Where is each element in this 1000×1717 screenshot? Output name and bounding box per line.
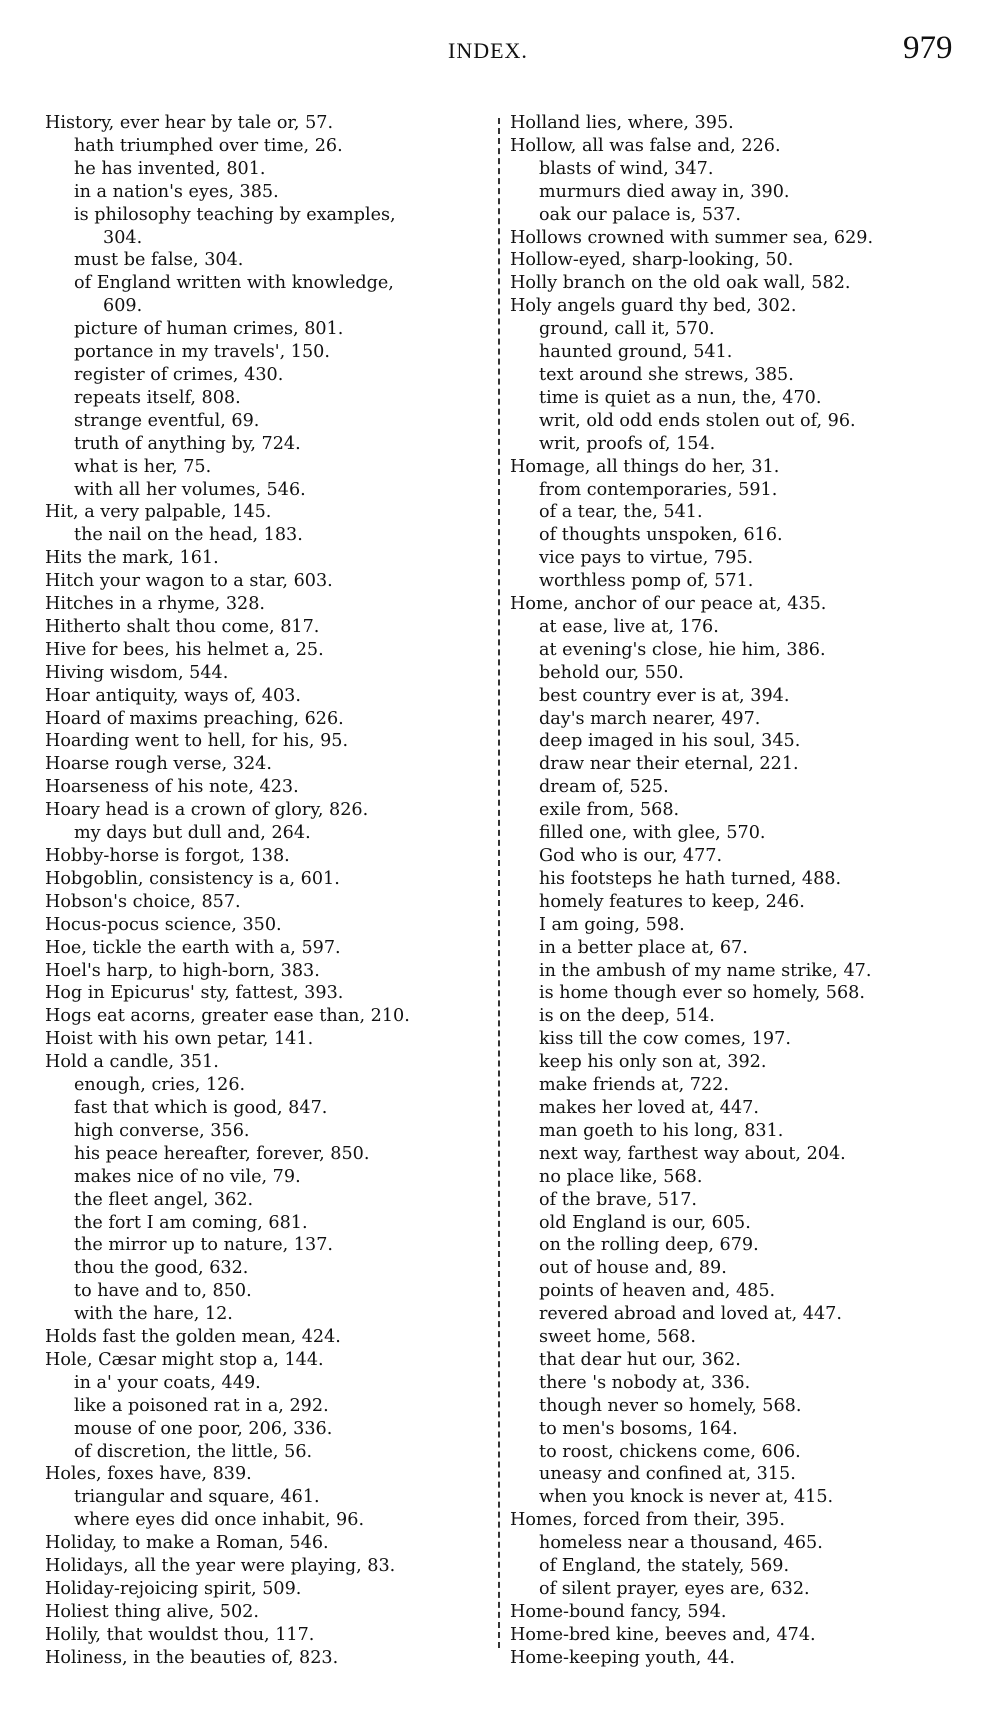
entry-text: he has invented, 801. (74, 159, 266, 179)
index-subentry: filled one, with glee, 570. (510, 822, 980, 845)
page-number: 979 (903, 30, 953, 67)
entry-text: to men's bosoms, 164. (539, 1419, 738, 1439)
entry-text: to roost, chickens come, 606. (539, 1442, 801, 1462)
entry-text: Hitch your wagon to a star, 603. (45, 571, 333, 591)
index-subentry: writ, proofs of, 154. (510, 433, 980, 456)
entry-continuation: 609. (74, 295, 493, 318)
entry-text: Hoarseness of his note, 423. (45, 777, 299, 797)
index-entry: Hoard of maxims preaching, 626. (45, 708, 493, 731)
index-subentry: time is quiet as a nun, the, 470. (510, 387, 980, 410)
index-subentry: when you knock is never at, 415. (510, 1486, 980, 1509)
entry-text: murmurs died away in, 390. (539, 182, 790, 202)
index-subentry: repeats itself, 808. (45, 387, 493, 410)
index-subentry: uneasy and confined at, 315. (510, 1463, 980, 1486)
index-subentry: his peace hereafter, forever, 850. (45, 1143, 493, 1166)
index-column-left: History, ever hear by tale or, 57.hath t… (45, 112, 493, 1670)
index-subentry: deep imaged in his soul, 345. (510, 730, 980, 753)
entry-text: ground, call it, 570. (539, 319, 715, 339)
index-subentry: of England, the stately, 569. (510, 1555, 980, 1578)
entry-text: Holy angels guard thy bed, 302. (510, 296, 796, 316)
entry-text: Hoarse rough verse, 324. (45, 754, 272, 774)
index-entry: Hoarseness of his note, 423. (45, 776, 493, 799)
entry-text: portance in my travels', 150. (74, 342, 330, 362)
index-subentry: in a nation's eyes, 385. (45, 181, 493, 204)
index-entry: Hits the mark, 161. (45, 547, 493, 570)
index-entry: Holland lies, where, 395. (510, 112, 980, 135)
index-entry: Hoar antiquity, ways of, 403. (45, 685, 493, 708)
entry-text: high converse, 356. (74, 1121, 249, 1141)
entry-text: at evening's close, hie him, 386. (539, 640, 826, 660)
entry-text: make friends at, 722. (539, 1075, 729, 1095)
index-subentry: the fort I am coming, 681. (45, 1212, 493, 1235)
entry-text: Hollow, all was false and, 226. (510, 136, 781, 156)
index-entry: Holiest thing alive, 502. (45, 1601, 493, 1624)
entry-text: points of heaven and, 485. (539, 1281, 775, 1301)
entry-text: Homes, forced from their, 395. (510, 1510, 785, 1530)
index-entry: Hoary head is a crown of glory, 826. (45, 799, 493, 822)
entry-text: Hogs eat acorns, greater ease than, 210. (45, 1006, 410, 1026)
index-subentry: from contemporaries, 591. (510, 479, 980, 502)
entry-text: Hoe, tickle the earth with a, 597. (45, 938, 341, 958)
index-subentry: revered abroad and loved at, 447. (510, 1303, 980, 1326)
entry-text: Hollow-eyed, sharp-looking, 50. (510, 250, 793, 270)
entry-text: sweet home, 568. (539, 1327, 696, 1347)
index-entry: Hit, a very palpable, 145. (45, 501, 493, 524)
entry-text: in a better place at, 67. (539, 938, 748, 958)
entry-text: the nail on the head, 183. (74, 525, 303, 545)
index-entry: Hive for bees, his helmet a, 25. (45, 639, 493, 662)
index-subentry: the mirror up to nature, 137. (45, 1234, 493, 1257)
entry-text: there 's nobody at, 336. (539, 1373, 750, 1393)
index-subentry: of discretion, the little, 56. (45, 1441, 493, 1464)
entry-text: day's march nearer, 497. (539, 709, 760, 729)
index-subentry: like a poisoned rat in a, 292. (45, 1395, 493, 1418)
entry-text: time is quiet as a nun, the, 470. (539, 388, 821, 408)
entry-text: fast that which is good, 847. (74, 1098, 327, 1118)
entry-text: uneasy and confined at, 315. (539, 1464, 796, 1484)
index-subentry: points of heaven and, 485. (510, 1280, 980, 1303)
entry-text: repeats itself, 808. (74, 388, 241, 408)
index-entry: Holiday-rejoicing spirit, 509. (45, 1578, 493, 1601)
entry-text: Home-bred kine, beeves and, 474. (510, 1625, 816, 1645)
entry-text: from contemporaries, 591. (539, 480, 777, 500)
entry-text: strange eventful, 69. (74, 411, 259, 431)
entry-text: no place like, 568. (539, 1167, 702, 1187)
index-subentry: the nail on the head, 183. (45, 524, 493, 547)
entry-text: Hog in Epicurus' sty, fattest, 393. (45, 983, 343, 1003)
entry-text: must be false, 304. (74, 250, 243, 270)
index-entry: Home-bred kine, beeves and, 474. (510, 1624, 980, 1647)
index-subentry: makes nice of no vile, 79. (45, 1166, 493, 1189)
index-subentry: strange eventful, 69. (45, 410, 493, 433)
index-entry: Hobson's choice, 857. (45, 891, 493, 914)
index-entry: Hogs eat acorns, greater ease than, 210. (45, 1005, 493, 1028)
index-subentry: old England is our, 605. (510, 1212, 980, 1235)
index-subentry: behold our, 550. (510, 662, 980, 685)
index-subentry: ground, call it, 570. (510, 318, 980, 341)
index-entry: Hocus-pocus science, 350. (45, 914, 493, 937)
index-entry: Holiness, in the beauties of, 823. (45, 1647, 493, 1670)
entry-text: Hoist with his own petar, 141. (45, 1029, 313, 1049)
entry-text: Holidays, all the year were playing, 83. (45, 1556, 395, 1576)
index-subentry: homeless near a thousand, 465. (510, 1532, 980, 1555)
index-entry: Hog in Epicurus' sty, fattest, 393. (45, 982, 493, 1005)
entry-text: haunted ground, 541. (539, 342, 732, 362)
entry-text: in the ambush of my name strike, 47. (539, 961, 871, 981)
entry-text: register of crimes, 430. (74, 365, 283, 385)
index-entry: Hole, Cæsar might stop a, 144. (45, 1349, 493, 1372)
index-subentry: of thoughts unspoken, 616. (510, 524, 980, 547)
index-subentry: keep his only son at, 392. (510, 1051, 980, 1074)
entry-text: keep his only son at, 392. (539, 1052, 766, 1072)
entry-text: out of house and, 89. (539, 1258, 727, 1278)
index-subentry: best country ever is at, 394. (510, 685, 980, 708)
index-entry: Hobgoblin, consistency is a, 601. (45, 868, 493, 891)
index-subentry: writ, old odd ends stolen out of, 96. (510, 410, 980, 433)
entry-text: in a' your coats, 449. (74, 1373, 261, 1393)
entry-text: Hits the mark, 161. (45, 548, 219, 568)
entry-text: to have and to, 850. (74, 1281, 252, 1301)
index-entry: Holes, foxes have, 839. (45, 1463, 493, 1486)
entry-text: revered abroad and loved at, 447. (539, 1304, 842, 1324)
entry-text: Holes, foxes have, 839. (45, 1464, 252, 1484)
index-subentry: God who is our, 477. (510, 845, 980, 868)
index-subentry: murmurs died away in, 390. (510, 181, 980, 204)
entry-text: Hobson's choice, 857. (45, 892, 241, 912)
entry-text: Hoarding went to hell, for his, 95. (45, 731, 348, 751)
index-entry: Home-keeping youth, 44. (510, 1647, 980, 1670)
index-subentry: at evening's close, hie him, 386. (510, 639, 980, 662)
entry-text: mouse of one poor, 206, 336. (74, 1419, 332, 1439)
index-subentry: sweet home, 568. (510, 1326, 980, 1349)
index-subentry: enough, cries, 126. (45, 1074, 493, 1097)
index-subentry: high converse, 356. (45, 1120, 493, 1143)
entry-text: man goeth to his long, 831. (539, 1121, 783, 1141)
entry-text: of the brave, 517. (539, 1190, 697, 1210)
index-subentry: is home though ever so homely, 568. (510, 982, 980, 1005)
entry-text: though never so homely, 568. (539, 1396, 801, 1416)
entry-text: at ease, live at, 176. (539, 617, 719, 637)
entry-text: is home though ever so homely, 568. (539, 983, 865, 1003)
entry-text: exile from, 568. (539, 800, 679, 820)
entry-text: Holland lies, where, 395. (510, 113, 734, 133)
index-subentry: worthless pomp of, 571. (510, 570, 980, 593)
index-subentry: in a' your coats, 449. (45, 1372, 493, 1395)
index-entry: Home-bound fancy, 594. (510, 1601, 980, 1624)
index-subentry: haunted ground, 541. (510, 341, 980, 364)
index-subentry: of silent prayer, eyes are, 632. (510, 1578, 980, 1601)
entry-text: the mirror up to nature, 137. (74, 1235, 333, 1255)
entry-text: with the hare, 12. (74, 1304, 233, 1324)
entry-text: Home-keeping youth, 44. (510, 1648, 735, 1668)
index-subentry: hath triumphed over time, 26. (45, 135, 493, 158)
index-entry: History, ever hear by tale or, 57. (45, 112, 493, 135)
entry-text: my days but dull and, 264. (74, 823, 311, 843)
index-subentry: the fleet angel, 362. (45, 1189, 493, 1212)
entry-text: Hoard of maxims preaching, 626. (45, 709, 344, 729)
index-entry: Homage, all things do her, 31. (510, 456, 980, 479)
entry-text: Hitherto shalt thou come, 817. (45, 617, 319, 637)
entry-text: God who is our, 477. (539, 846, 722, 866)
entry-text: worthless pomp of, 571. (539, 571, 753, 591)
index-subentry: at ease, live at, 176. (510, 616, 980, 639)
index-subentry: thou the good, 632. (45, 1257, 493, 1280)
index-entry: Hoe, tickle the earth with a, 597. (45, 937, 493, 960)
entry-text: homely features to keep, 246. (539, 892, 805, 912)
entry-text: writ, proofs of, 154. (539, 434, 715, 454)
index-entry: Holily, that wouldst thou, 117. (45, 1624, 493, 1647)
entry-text: Hollows crowned with summer sea, 629. (510, 228, 873, 248)
entry-text: blasts of wind, 347. (539, 159, 713, 179)
entry-text: Hole, Cæsar might stop a, 144. (45, 1350, 324, 1370)
entry-text: vice pays to virtue, 795. (539, 548, 753, 568)
entry-text: writ, old odd ends stolen out of, 96. (539, 411, 856, 431)
entry-text: of England written with knowledge, (74, 273, 394, 293)
entry-text: Holly branch on the old oak wall, 582. (510, 273, 850, 293)
entry-text: picture of human crimes, 801. (74, 319, 343, 339)
entry-text: Hocus-pocus science, 350. (45, 915, 282, 935)
entry-text: makes nice of no vile, 79. (74, 1167, 301, 1187)
index-entry: Hollow-eyed, sharp-looking, 50. (510, 249, 980, 272)
index-entry: Hoel's harp, to high-born, 383. (45, 960, 493, 983)
entry-text: truth of anything by, 724. (74, 434, 301, 454)
entry-text: on the rolling deep, 679. (539, 1235, 759, 1255)
index-subentry: what is her, 75. (45, 456, 493, 479)
index-subentry: out of house and, 89. (510, 1257, 980, 1280)
entry-text: Hitches in a rhyme, 328. (45, 594, 265, 614)
entry-text: Hoar antiquity, ways of, 403. (45, 686, 301, 706)
index-subentry: register of crimes, 430. (45, 364, 493, 387)
index-entry: Holy angels guard thy bed, 302. (510, 295, 980, 318)
index-subentry: in the ambush of my name strike, 47. (510, 960, 980, 983)
entry-text: that dear hut our, 362. (539, 1350, 741, 1370)
entry-text: Home, anchor of our peace at, 435. (510, 594, 826, 614)
page-header: INDEX. 979 (0, 30, 1000, 70)
index-entry: Holds fast the golden mean, 424. (45, 1326, 493, 1349)
entry-text: dream of, 525. (539, 777, 669, 797)
index-subentry: blasts of wind, 347. (510, 158, 980, 181)
entry-text: Hiving wisdom, 544. (45, 663, 228, 683)
index-subentry: dream of, 525. (510, 776, 980, 799)
index-entry: Holidays, all the year were playing, 83. (45, 1555, 493, 1578)
entry-text: is philosophy teaching by examples, (74, 205, 396, 225)
entry-text: the fort I am coming, 681. (74, 1213, 308, 1233)
entry-text: enough, cries, 126. (74, 1075, 245, 1095)
entry-text: like a poisoned rat in a, 292. (74, 1396, 329, 1416)
index-entry: Hollows crowned with summer sea, 629. (510, 227, 980, 250)
index-entry: Hoarding went to hell, for his, 95. (45, 730, 493, 753)
entry-text: with all her volumes, 546. (74, 480, 306, 500)
index-subentry: vice pays to virtue, 795. (510, 547, 980, 570)
entry-text: when you knock is never at, 415. (539, 1487, 833, 1507)
entry-text: Holily, that wouldst thou, 117. (45, 1625, 314, 1645)
index-entry: Holiday, to make a Roman, 546. (45, 1532, 493, 1555)
entry-text: Hoel's harp, to high-born, 383. (45, 961, 320, 981)
entry-text: next way, farthest way about, 204. (539, 1144, 846, 1164)
index-subentry: in a better place at, 67. (510, 937, 980, 960)
entry-text: Hive for bees, his helmet a, 25. (45, 640, 324, 660)
entry-continuation: 304. (74, 227, 493, 250)
entry-text: deep imaged in his soul, 345. (539, 731, 800, 751)
entry-text: hath triumphed over time, 26. (74, 136, 343, 156)
index-subentry: is on the deep, 514. (510, 1005, 980, 1028)
page-title: INDEX. (448, 38, 528, 64)
entry-text: of a tear, the, 541. (539, 502, 703, 522)
index-entry: Homes, forced from their, 395. (510, 1509, 980, 1532)
index-subentry: my days but dull and, 264. (45, 822, 493, 845)
index-subentry: fast that which is good, 847. (45, 1097, 493, 1120)
index-entry: Hitherto shalt thou come, 817. (45, 616, 493, 639)
entry-text: Holiday-rejoicing spirit, 509. (45, 1579, 301, 1599)
index-subentry: oak our palace is, 537. (510, 204, 980, 227)
index-entry: Hobby-horse is forgot, 138. (45, 845, 493, 868)
entry-text: oak our palace is, 537. (539, 205, 741, 225)
index-subentry: truth of anything by, 724. (45, 433, 493, 456)
index-subentry: of a tear, the, 541. (510, 501, 980, 524)
index-subentry: day's march nearer, 497. (510, 708, 980, 731)
entry-text: behold our, 550. (539, 663, 684, 683)
index-subentry: man goeth to his long, 831. (510, 1120, 980, 1143)
index-subentry: though never so homely, 568. (510, 1395, 980, 1418)
index-subentry: on the rolling deep, 679. (510, 1234, 980, 1257)
index-subentry: portance in my travels', 150. (45, 341, 493, 364)
index-subentry: homely features to keep, 246. (510, 891, 980, 914)
entry-text: where eyes did once inhabit, 96. (74, 1510, 364, 1530)
entry-text: Holiday, to make a Roman, 546. (45, 1533, 329, 1553)
entry-text: his footsteps he hath turned, 488. (539, 869, 841, 889)
entry-text: in a nation's eyes, 385. (74, 182, 279, 202)
index-subentry: triangular and square, 461. (45, 1486, 493, 1509)
entry-text: Hobgoblin, consistency is a, 601. (45, 869, 340, 889)
entry-text: filled one, with glee, 570. (539, 823, 766, 843)
index-subentry: is philosophy teaching by examples,304. (45, 204, 493, 250)
entry-text: of discretion, the little, 56. (74, 1442, 312, 1462)
index-subentry: I am going, 598. (510, 914, 980, 937)
index-subentry: must be false, 304. (45, 249, 493, 272)
index-subentry: where eyes did once inhabit, 96. (45, 1509, 493, 1532)
entry-text: Holiness, in the beauties of, 823. (45, 1648, 338, 1668)
index-column-right: Holland lies, where, 395.Hollow, all was… (510, 112, 980, 1670)
index-subentry: no place like, 568. (510, 1166, 980, 1189)
entry-text: what is her, 75. (74, 457, 211, 477)
entry-text: Home-bound fancy, 594. (510, 1602, 727, 1622)
entry-text: Hoary head is a crown of glory, 826. (45, 800, 368, 820)
index-subentry: makes her loved at, 447. (510, 1097, 980, 1120)
index-entry: Holly branch on the old oak wall, 582. (510, 272, 980, 295)
index-subentry: draw near their eternal, 221. (510, 753, 980, 776)
index-entry: Hitches in a rhyme, 328. (45, 593, 493, 616)
index-subentry: to roost, chickens come, 606. (510, 1441, 980, 1464)
entry-text: best country ever is at, 394. (539, 686, 789, 706)
index-subentry: next way, farthest way about, 204. (510, 1143, 980, 1166)
index-subentry: picture of human crimes, 801. (45, 318, 493, 341)
index-entry: Hollow, all was false and, 226. (510, 135, 980, 158)
index-subentry: to have and to, 850. (45, 1280, 493, 1303)
entry-text: old England is our, 605. (539, 1213, 751, 1233)
index-entry: Hold a candle, 351. (45, 1051, 493, 1074)
index-subentry: make friends at, 722. (510, 1074, 980, 1097)
index-subentry: he has invented, 801. (45, 158, 493, 181)
index-subentry: text around she strews, 385. (510, 364, 980, 387)
entry-text: I am going, 598. (539, 915, 685, 935)
index-subentry: with the hare, 12. (45, 1303, 493, 1326)
entry-text: Homage, all things do her, 31. (510, 457, 779, 477)
entry-text: Holds fast the golden mean, 424. (45, 1327, 341, 1347)
index-entry: Home, anchor of our peace at, 435. (510, 593, 980, 616)
entry-text: Hobby-horse is forgot, 138. (45, 846, 290, 866)
index-entry: Hoarse rough verse, 324. (45, 753, 493, 776)
entry-text: Hit, a very palpable, 145. (45, 502, 271, 522)
entry-text: Hold a candle, 351. (45, 1052, 219, 1072)
entry-text: is on the deep, 514. (539, 1006, 715, 1026)
index-entry: Hitch your wagon to a star, 603. (45, 570, 493, 593)
index-subentry: kiss till the cow comes, 197. (510, 1028, 980, 1051)
index-subentry: of England written with knowledge,609. (45, 272, 493, 318)
entry-text: homeless near a thousand, 465. (539, 1533, 823, 1553)
entry-text: thou the good, 632. (74, 1258, 248, 1278)
column-divider (498, 118, 500, 1648)
index-subentry: to men's bosoms, 164. (510, 1418, 980, 1441)
entry-text: triangular and square, 461. (74, 1487, 320, 1507)
index-subentry: mouse of one poor, 206, 336. (45, 1418, 493, 1441)
index-subentry: exile from, 568. (510, 799, 980, 822)
index-subentry: that dear hut our, 362. (510, 1349, 980, 1372)
index-entry: Hoist with his own petar, 141. (45, 1028, 493, 1051)
entry-text: History, ever hear by tale or, 57. (45, 113, 333, 133)
entry-text: of thoughts unspoken, 616. (539, 525, 783, 545)
index-subentry: of the brave, 517. (510, 1189, 980, 1212)
entry-text: text around she strews, 385. (539, 365, 794, 385)
entry-text: of silent prayer, eyes are, 632. (539, 1579, 810, 1599)
entry-text: of England, the stately, 569. (539, 1556, 789, 1576)
entry-text: draw near their eternal, 221. (539, 754, 799, 774)
entry-text: makes her loved at, 447. (539, 1098, 759, 1118)
index-entry: Hiving wisdom, 544. (45, 662, 493, 685)
index-subentry: with all her volumes, 546. (45, 479, 493, 502)
index-subentry: his footsteps he hath turned, 488. (510, 868, 980, 891)
entry-text: the fleet angel, 362. (74, 1190, 253, 1210)
entry-text: his peace hereafter, forever, 850. (74, 1144, 369, 1164)
entry-text: Holiest thing alive, 502. (45, 1602, 259, 1622)
index-subentry: there 's nobody at, 336. (510, 1372, 980, 1395)
entry-text: kiss till the cow comes, 197. (539, 1029, 791, 1049)
